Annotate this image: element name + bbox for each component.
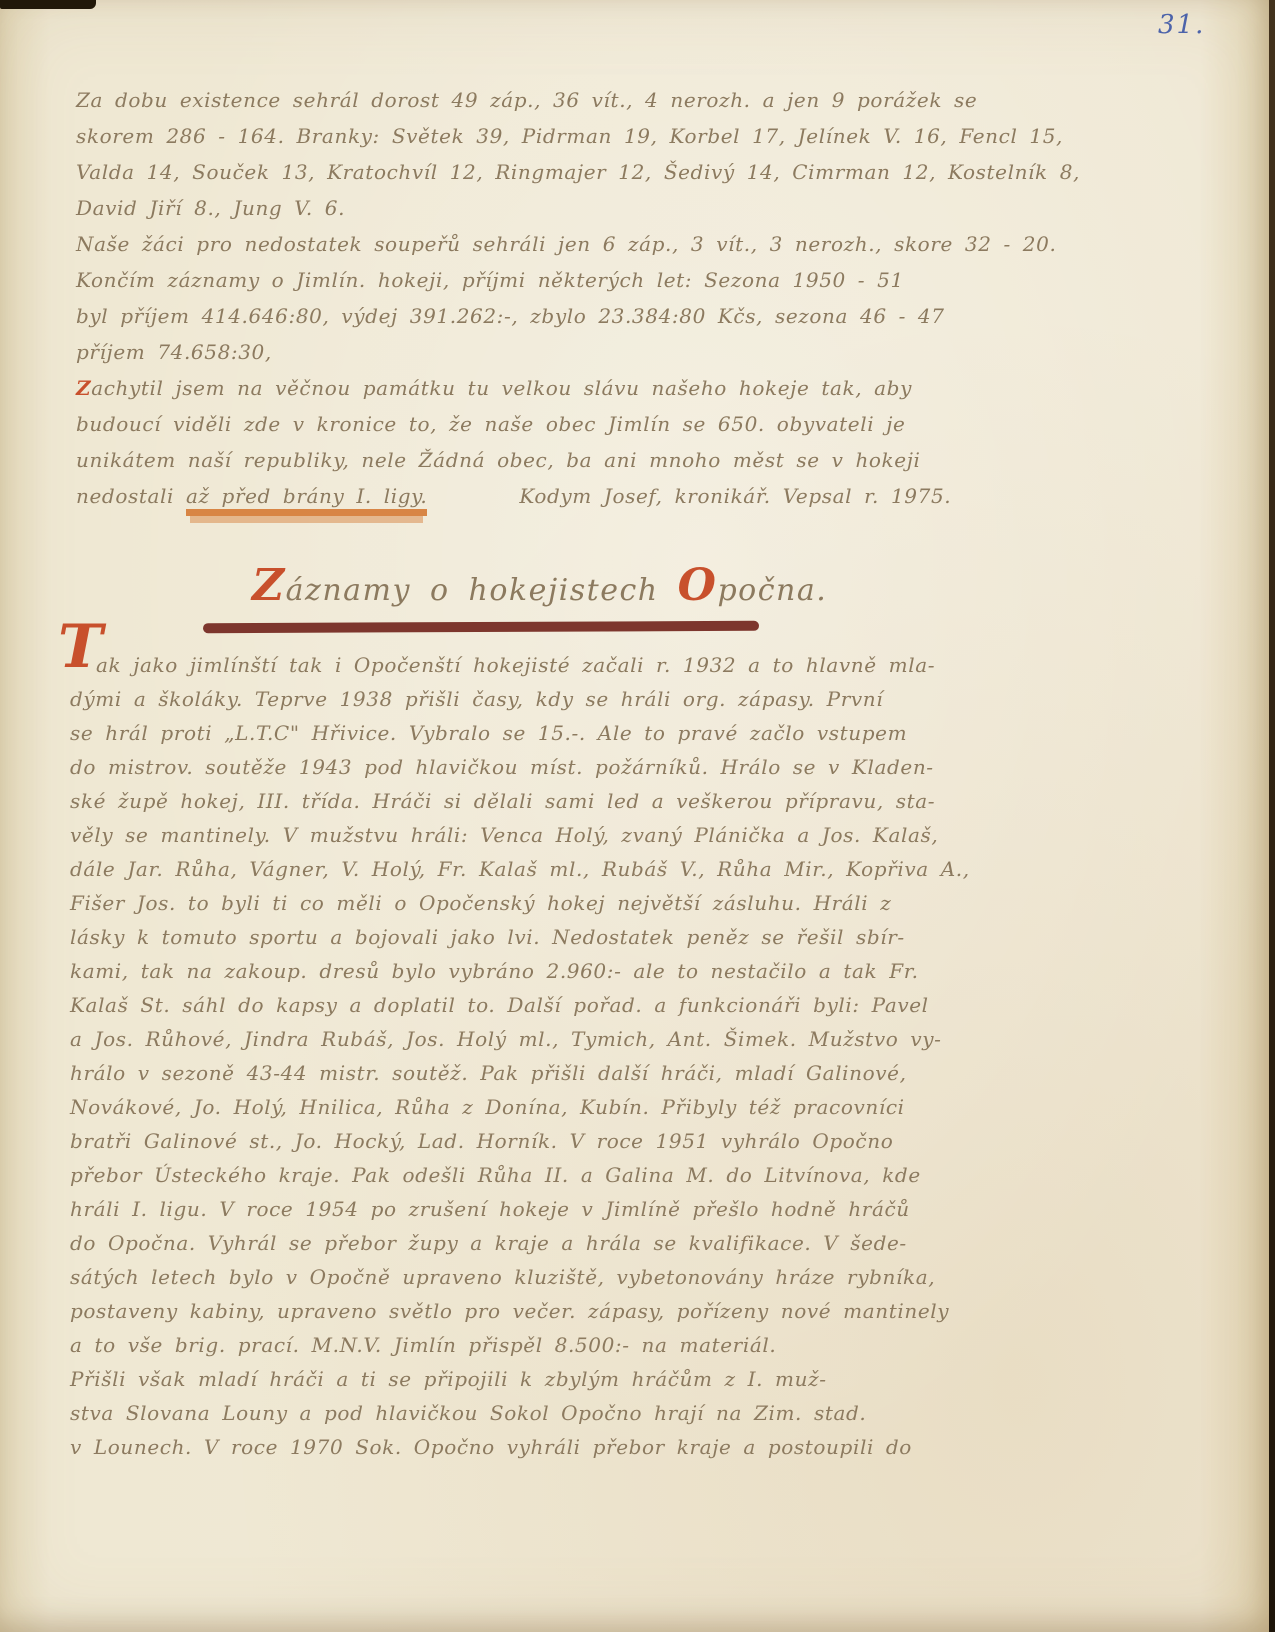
text-line: Kalaš St. sáhl do kapsy a doplatil to. D… [70, 988, 1220, 1022]
text-line: do mistrov. soutěže 1943 pod hlavičkou m… [70, 750, 1220, 784]
text-line: budoucí viděli zde v kronice to, že naše… [76, 406, 1216, 442]
text-line: v Lounech. V roce 1970 Sok. Opočno vyhrá… [70, 1430, 1220, 1464]
text-line: Přišli však mladí hráči a ti se připojil… [70, 1362, 1220, 1396]
text-line: byl příjem 414.646:80, výdej 391.262:-, … [76, 298, 1216, 334]
main-text-block: Tak jako jimlínští tak i Opočenští hokej… [70, 648, 1220, 1464]
scanned-chronicle-page: { "page": { "number": "31.", "heading": … [0, 0, 1275, 1632]
chronicler-signature: Kodym Josef, kronikář. Vepsal r. 1975. [519, 484, 951, 508]
text-span: achytil jsem na věčnou památku tu velkou… [91, 376, 912, 400]
red-initial-letter: Z [76, 376, 91, 400]
text-line: Tak jako jimlínští tak i Opočenští hokej… [70, 648, 1220, 682]
text-line: dými a školáky. Teprve 1938 přišli časy,… [70, 682, 1220, 716]
text-line: přebor Ústeckého kraje. Pak odešli Růha … [70, 1158, 1220, 1192]
text-line: ské župě hokej, III. třída. Hráči si děl… [70, 784, 1220, 818]
scan-shadow-top-left [0, 0, 96, 9]
underlined-phrase: až před brány I. ligy. [186, 484, 427, 516]
text-line: Končím záznamy o Jimlín. hokeji, příjmi … [76, 262, 1216, 298]
text-line: sátých letech bylo v Opočně upraveno klu… [70, 1260, 1220, 1294]
text-line: hráli I. ligu. V roce 1954 po zrušení ho… [70, 1192, 1220, 1226]
text-line: Valda 14, Souček 13, Kratochvíl 12, Ring… [76, 154, 1216, 190]
text-span: nedostali [76, 484, 186, 508]
text-line: kami, tak na zakoup. dresů bylo vybráno … [70, 954, 1220, 988]
text-line: postaveny kabiny, upraveno světlo pro ve… [70, 1294, 1220, 1328]
text-line: David Jiří 8., Jung V. 6. [76, 190, 1216, 226]
scan-shadow-right-edge [1269, 0, 1275, 1632]
text-line: hrálo v sezoně 43-44 mistr. soutěž. Pak … [70, 1056, 1220, 1090]
text-line: Zachytil jsem na věčnou památku tu velko… [76, 370, 1216, 406]
text-span: ak jako jimlínští tak i Opočenští hokeji… [96, 653, 935, 677]
text-line: příjem 74.658:30, [76, 334, 1216, 370]
section-heading: Záznamy o hokejistech Opočna. [252, 562, 827, 615]
heading-text: áznamy o hokejistech [286, 573, 678, 608]
text-line: Naše žáci pro nedostatek soupeřů sehráli… [76, 226, 1216, 262]
text-line: lásky k tomuto sportu a bojovali jako lv… [70, 920, 1220, 954]
text-line: dále Jar. Růha, Vágner, V. Holý, Fr. Kal… [70, 852, 1220, 886]
text-line: Za dobu existence sehrál dorost 49 záp.,… [76, 82, 1216, 118]
page-number: 31. [1158, 10, 1205, 40]
text-line: do Opočna. Vyhrál se přebor župy a kraje… [70, 1226, 1220, 1260]
text-line: unikátem naší republiky, nele Žádná obec… [76, 442, 1216, 478]
red-initial-letter: Z [252, 560, 286, 611]
text-line: stva Slovana Louny a pod hlavičkou Sokol… [70, 1396, 1220, 1430]
text-line: Fišer Jos. to byli ti co měli o Opočensk… [70, 886, 1220, 920]
text-line: věly se mantinely. V mužstvu hráli: Venc… [70, 818, 1220, 852]
red-initial-letter: O [678, 560, 718, 611]
text-line: skorem 286 - 164. Branky: Světek 39, Pid… [76, 118, 1216, 154]
text-line: a to vše brig. prací. M.N.V. Jimlín přis… [70, 1328, 1220, 1362]
red-drop-cap: T [58, 630, 103, 664]
heading-text: počna. [717, 573, 827, 608]
text-line: a Jos. Růhové, Jindra Rubáš, Jos. Holý m… [70, 1022, 1220, 1056]
text-line: bratři Galinové st., Jo. Hocký, Lad. Hor… [70, 1124, 1220, 1158]
top-text-block: Za dobu existence sehrál dorost 49 záp.,… [76, 82, 1216, 514]
text-line: nedostali až před brány I. ligy.Kodym Jo… [76, 478, 1216, 514]
text-line: se hrál proti „L.T.C" Hřivice. Vybralo s… [70, 716, 1220, 750]
text-line: Novákové, Jo. Holý, Hnilica, Růha z Doní… [70, 1090, 1220, 1124]
